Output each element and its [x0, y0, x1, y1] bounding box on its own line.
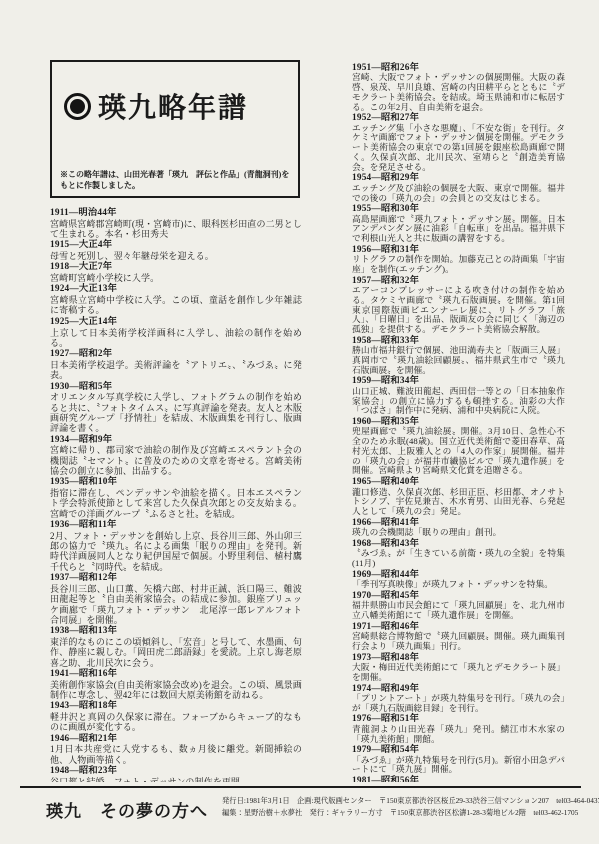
title-box-note: ※この略年譜は、山田光春著「瑛九 評伝と作品」(青龍洞刊)をもとに作製しました。: [60, 169, 293, 191]
chronology-entry: 1951—昭和26年 宮崎、大阪でフォト・デッサンの個展開催。大阪の森啓、泉茂、…: [352, 63, 565, 112]
entry-text: 〝みづゑ〟が「生きている前衛・瑛九の全貌」を特集(11月): [352, 549, 565, 568]
entry-text: 高島屋画廊で〝瑛九フォト・デッサン展〟開催。日本アンデパンダン展に油彩「自転車」…: [352, 215, 565, 244]
chronology-entry: 1973—昭和48年 大阪・梅田近代美術館にて「瑛九とデモクラート展」を開催。: [352, 653, 565, 683]
entry-text: 1月日本共産党に入党するも、数ヵ月後に離党。新聞挿絵の他、人物画等描く。: [50, 744, 302, 765]
entry-year: 1943—昭和18年: [50, 701, 302, 712]
entry-text: 勝山市福井銀行で個展、池田満寿夫と「版画三人展」真岡市で〝瑛九油絵回顧展〟、福井…: [352, 346, 565, 375]
chronology-entry: 1927—昭和2年 日本美術学校退学。美術評論を〝アトリエ〟、〝みづゑ〟に発表。: [50, 349, 302, 380]
entry-text: 宮崎県立宮崎中学校に入学。この頃、童話を創作し少年雑誌に寄稿する。: [50, 295, 302, 316]
entry-text: 指宿に滞在し、ペンデッサンや油絵を描く。日本エスペラント学会特派使節として来宮し…: [50, 488, 302, 519]
chronology-entry: 1955—昭和30年 高島屋画廊で〝瑛九フォト・デッサン展〟開催。日本アンデパン…: [352, 204, 565, 244]
chronology-entry: 1938—昭和13年 東洋的なものにこの頃傾斜し、「宏音」と号して、水墨画、句作…: [50, 626, 302, 668]
chronology-entry: 1911—明治44年 宮崎県宮崎郡宮崎町(現・宮崎市)に、眼科医杉田直の二男とし…: [50, 208, 302, 239]
chronology-entry: 1930—昭和5年 オリエンタル写真学校に入学し、フォトグラムの制作を始めると共…: [50, 382, 302, 434]
right-entry-list: 1951—昭和26年 宮崎、大阪でフォト・デッサンの個展開催。大阪の森啓、泉茂、…: [352, 63, 565, 826]
entry-text: 日本美術学校退学。美術評論を〝アトリエ〟、〝みづゑ〟に発表。: [50, 360, 302, 381]
chronology-entry: 1943—昭和18年 軽井沢と真岡の久保家に滞在。フォーブからキューブ的なものに…: [50, 701, 302, 732]
entry-text: オリエンタル写真学校に入学し、フォトグラムの制作を始めると共に、〝フォトタイムス…: [50, 392, 302, 433]
title-box: 瑛九略年譜 ※この略年譜は、山田光春著「瑛九 評伝と作品」(青龍洞刊)をもとに作…: [50, 60, 300, 198]
chronology-entry: 1954—昭和29年 エッチング及び油絵の個展を大阪、東京で開催。福井での後の「…: [352, 173, 565, 203]
chronology-entry: 1959—昭和34年 山口正城、難波田龍起、西田信一等との「日本抽象作家協会」の…: [352, 376, 565, 416]
entry-text: リトグラフの制作を開始。加藤克己との詩画集「宇宙座」を制作(エッチング)。: [352, 255, 565, 274]
entry-text: 大阪・梅田近代美術館にて「瑛九とデモクラート展」を開催。: [352, 663, 565, 682]
chronology-entry: 1979—昭和54年 「みづゑ」が瑛九特集号を刊行(5月)。新宿小田急デパートに…: [352, 745, 565, 775]
entry-text: 上京して日本美術学校洋画科に入学し、油絵の制作を始める。: [50, 328, 302, 349]
entry-year: 1930—昭和5年: [50, 382, 302, 393]
entry-year: 1938—昭和13年: [50, 626, 302, 637]
publication-line-2: 編集：星野治樹＋水夢社 発行：ギャラリー方寸 〒150東京都渋谷区松濤1-28-…: [222, 807, 599, 819]
left-column: 瑛九略年譜 ※この略年譜は、山田光春著「瑛九 評伝と作品」(青龍洞刊)をもとに作…: [50, 60, 302, 842]
chronology-entry: 1936—昭和11年 2月、フォト・デッサンを創始し上京、長谷川三郎、外山卯三郎…: [50, 520, 302, 572]
page-title: 瑛九略年譜: [98, 86, 248, 126]
entry-year: 1925—大正14年: [50, 317, 302, 328]
chronology-entry: 1957—昭和32年 エアーコンプレッサーによる吹き付けの制作を始める。タケミヤ…: [352, 276, 565, 335]
entry-text: 長谷川三郎、山口薫、矢橋六郎、村井正誠、浜口陽三、難波田龍起等と〝自由美術家協会…: [50, 584, 302, 625]
footer-title: 瑛九 その夢の方へ: [46, 797, 208, 822]
chronology-entry: 1935—昭和10年 指宿に滞在し、ペンデッサンや油絵を描く。日本エスペラント学…: [50, 477, 302, 519]
entry-year: 1911—明治44年: [50, 208, 302, 219]
chronology-page: 瑛九略年譜 ※この略年譜は、山田光春著「瑛九 評伝と作品」(青龍洞刊)をもとに作…: [0, 0, 599, 844]
publication-line-1: 発行日:1981年3月1日 企画:現代版画センター 〒150東京都渋谷区桜丘29…: [222, 795, 599, 807]
chronology-entry: 1970—昭和45年 福井県勝山市民会館にて「瑛九回顧展」を、北九州市立八幡美術…: [352, 591, 565, 621]
chronology-entry: 1960—昭和35年 兜屋画廊で〝瑛九油絵展〟開催。3月10日、急性心不全のため…: [352, 417, 565, 476]
entry-year: 1948—昭和23年: [50, 766, 302, 777]
chronology-entry: 1941—昭和16年 美術創作家協会(自由美術家協会改め)を退会。この頃、風景画…: [50, 669, 302, 700]
entry-year: 1946—昭和21年: [50, 734, 302, 745]
entry-text: 宮崎町宮崎小学校に入学。: [50, 273, 302, 283]
chronology-entry: 1937—昭和12年 長谷川三郎、山口薫、矢橋六郎、村井正誠、浜口陽三、難波田龍…: [50, 573, 302, 625]
entry-text: 宮崎県総合博物館で〝瑛九回顧展〟開催。瑛九画集刊行会より「瑛九画集」刊行。: [352, 632, 565, 651]
chronology-entry: 1966—昭和41年 瑛九の会機関誌「眠りの理由」創刊。: [352, 518, 565, 538]
title-row: 瑛九略年譜: [64, 86, 298, 126]
chronology-entry: 1956—昭和31年 リトグラフの制作を開始。加藤克己との詩画集「宇宙座」を制作…: [352, 245, 565, 275]
chronology-entry: 1958—昭和33年 勝山市福井銀行で個展、池田満寿夫と「版画三人展」真岡市で〝…: [352, 336, 565, 376]
entry-year: 1918—大正7年: [50, 262, 302, 273]
entry-year: 1936—昭和11年: [50, 520, 302, 531]
footer-band: 瑛九 その夢の方へ 発行日:1981年3月1日 企画:現代版画センター 〒150…: [0, 782, 599, 844]
chronology-entry: 1924—大正13年 宮崎県立宮崎中学校に入学。この頃、童話を創作し少年雑誌に寄…: [50, 284, 302, 315]
entry-text: 山口正城、難波田龍起、西田信一等との「日本抽象作家協会」の創立に協力するも頓挫す…: [352, 387, 565, 416]
chronology-entry: 1971—昭和46年 宮崎県総合博物館で〝瑛九回顧展〟開催。瑛九画集刊行会より「…: [352, 622, 565, 652]
entry-text: 瑛九の会機関誌「眠りの理由」創刊。: [352, 528, 565, 538]
entry-text: エアーコンプレッサーによる吹き付けの制作を始める。タケミヤ画廊で〝瑛九石版画展〟…: [352, 286, 565, 335]
chronology-entry: 1946—昭和21年 1月日本共産党に入党するも、数ヵ月後に離党。新聞挿絵の他、…: [50, 734, 302, 765]
entry-text: 軽井沢と真岡の久保家に滞在。フォーブからキューブ的なものに画風が変化する。: [50, 712, 302, 733]
entry-year: 1937—昭和12年: [50, 573, 302, 584]
left-entry-list: 1911—明治44年 宮崎県宮崎郡宮崎町(現・宮崎市)に、眼科医杉田直の二男とし…: [50, 208, 302, 841]
entry-year: 1927—昭和2年: [50, 349, 302, 360]
chronology-entry: 1918—大正7年 宮崎町宮崎小学校に入学。: [50, 262, 302, 283]
entry-text: 母雪と死別し、翌々年継母栄を迎える。: [50, 251, 302, 261]
entry-text: 「みづゑ」が瑛九特集号を刊行(5月)。新宿小田急デパートにて「瑛九展」開催。: [352, 756, 565, 775]
entry-text: 瀧口修造、久保貞次郎、杉田正臣、杉田都、オノサトトシノブ、宇佐見兼吉、木水育男、…: [352, 488, 565, 517]
entry-text: 福井県勝山市民会館にて「瑛九回顧展」を、北九州市立八幡美術館にて「瑛九遺作展」を…: [352, 601, 565, 620]
entry-text: 「プリントアート」が瑛九特集号を刊行。「瑛九の会」が「瑛九石版画総目録」を刊行。: [352, 694, 565, 713]
chronology-entry: 1968—昭和43年 〝みづゑ〟が「生きている前衛・瑛九の全貌」を特集(11月): [352, 539, 565, 569]
bullseye-icon: [64, 93, 91, 120]
footer-row: 瑛九 その夢の方へ 発行日:1981年3月1日 企画:現代版画センター 〒150…: [0, 788, 599, 822]
entry-year: 1935—昭和10年: [50, 477, 302, 488]
entry-text: 美術創作家協会(自由美術家協会改め)を退会。この頃、風景画制作に専念し、翌42年…: [50, 680, 302, 701]
entry-text: 宮崎に帰り、郡司家で油絵の制作及び宮崎エスペラント会の機関誌〝セマント〟に普及の…: [50, 445, 302, 476]
entry-year: 1965—昭和40年: [352, 477, 565, 487]
entry-text: 東洋的なものにこの頃傾斜し、「宏音」と号して、水墨画、句作、静座に親しむ。「岡田…: [50, 637, 302, 668]
entry-text: エッチング集「小さな悪魔」、「不安な街」を刊行。タケミヤ画廊でフォト・デッサン個…: [352, 124, 565, 173]
entry-year: 1941—昭和16年: [50, 669, 302, 680]
chronology-entry: 1969—昭和44年 「季刊写真映像」が瑛九フォト・デッサンを特集。: [352, 570, 565, 590]
entry-year: 1934—昭和9年: [50, 435, 302, 446]
entry-year: 1924—大正13年: [50, 284, 302, 295]
chronology-entry: 1974—昭和49年 「プリントアート」が瑛九特集号を刊行。「瑛九の会」が「瑛九…: [352, 684, 565, 714]
right-column: 1951—昭和26年 宮崎、大阪でフォト・デッサンの個展開催。大阪の森啓、泉茂、…: [352, 63, 565, 827]
chronology-entry: 1976—昭和51年 青龍洞より山田光春「瑛九」発刊。鯖江市木水家の「瑛九美術館…: [352, 714, 565, 744]
entry-text: 「季刊写真映像」が瑛九フォト・デッサンを特集。: [352, 580, 565, 590]
chronology-entry: 1925—大正14年 上京して日本美術学校洋画科に入学し、油絵の制作を始める。: [50, 317, 302, 348]
chronology-entry: 1934—昭和9年 宮崎に帰り、郡司家で油絵の制作及び宮崎エスペラント会の機関誌…: [50, 435, 302, 477]
publication-info: 発行日:1981年3月1日 企画:現代版画センター 〒150東京都渋谷区桜丘29…: [222, 795, 599, 818]
entry-text: 2月、フォト・デッサンを創始し上京、長谷川三郎、外山卯三郎の協力で〝瑛九〟名によ…: [50, 531, 302, 572]
entry-text: 青龍洞より山田光春「瑛九」発刊。鯖江市木水家の「瑛九美術館」開館。: [352, 725, 565, 744]
chronology-entry: 1965—昭和40年 瀧口修造、久保貞次郎、杉田正臣、杉田都、オノサトトシノブ、…: [352, 477, 565, 517]
entry-text: 宮崎県宮崎郡宮崎町(現・宮崎市)に、眼科医杉田直の二男として生まれる。本名・杉田…: [50, 219, 302, 240]
entry-text: エッチング及び油絵の個展を大阪、東京で開催。福井での後の「瑛九の会」の会員との交…: [352, 184, 565, 203]
entry-text: 兜屋画廊で〝瑛九油絵展〟開催。3月10日、急性心不全のため永眠(48歳)。国立近…: [352, 427, 565, 476]
entry-year: 1915—大正4年: [50, 240, 302, 251]
chronology-entry: 1952—昭和27年 エッチング集「小さな悪魔」、「不安な街」を刊行。タケミヤ画…: [352, 113, 565, 172]
chronology-entry: 1915—大正4年 母雪と死別し、翌々年継母栄を迎える。: [50, 240, 302, 261]
entry-text: 宮崎、大阪でフォト・デッサンの個展開催。大阪の森啓、泉茂、早川良雄、宮崎の内田耕…: [352, 73, 565, 112]
